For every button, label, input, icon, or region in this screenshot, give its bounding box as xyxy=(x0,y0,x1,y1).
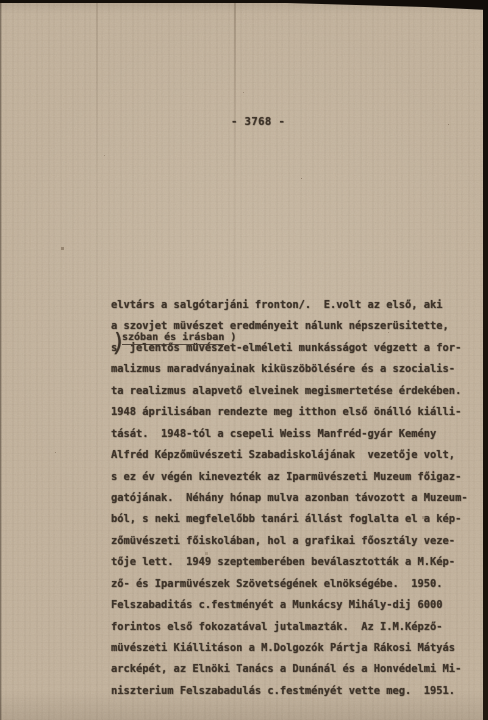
scan-edge-left xyxy=(0,0,2,720)
insertion-underlined-text: szóban és irásban xyxy=(122,332,224,345)
text-line: tője lett. 1949 szeptemberében beválaszt… xyxy=(111,552,481,573)
scan-crease xyxy=(96,0,98,720)
text-line: malizmus maradványainak kiküszöbölésére … xyxy=(111,359,481,380)
page-number: - 3768 - xyxy=(231,116,285,128)
text-line: Felszabaditás c.festményét a Munkácsy Mi… xyxy=(111,595,481,616)
text-line: zőmüvészeti főiskolában, hol a grafikai … xyxy=(111,531,481,552)
text-line: ző- és Iparmüvészek Szövetségének elnöks… xyxy=(111,574,481,595)
text-line: niszterium Felszabadulás c.festményét ve… xyxy=(111,681,481,702)
text-line: forintos első fokozatával jutalmazták. A… xyxy=(111,617,481,638)
scan-edge-top-right-wedge xyxy=(278,0,488,10)
scanned-document-page: - 3768 - elvtárs a salgótarjáni fronton/… xyxy=(0,0,488,720)
text-line: tását. 1948-tól a csepeli Weiss Manfréd-… xyxy=(111,424,481,445)
text-line: ta realizmus alapvető elveinek megismert… xyxy=(111,381,481,402)
text-line: 1948 áprilisában rendezte meg itthon els… xyxy=(111,402,481,423)
text-line: Alfréd Képzőmüvészeti Szabadiskolájának … xyxy=(111,445,481,466)
insertion-caret-bracket: ) xyxy=(110,329,127,356)
text-line: arcképét, az Elnöki Tanács a Dunánál és … xyxy=(111,659,481,680)
text-line: gatójának. Néhány hónap mulva azonban tá… xyxy=(111,488,481,509)
text-line: müvészeti Kiállitáson a M.Dolgozók Pártj… xyxy=(111,638,481,659)
scan-edge-right xyxy=(483,0,488,720)
text-line: elvtárs a salgótarjáni fronton/. E.volt … xyxy=(111,295,481,316)
insertion-close-mark: ) xyxy=(224,332,236,343)
text-line: s ez év végén kinevezték az Iparmüvészet… xyxy=(111,467,481,488)
typewritten-text-block: elvtárs a salgótarjáni fronton/. E.volt … xyxy=(111,295,481,702)
handwritten-interline-insertion: szóban és irásban ) xyxy=(122,332,236,343)
text-line: ból, s neki megfelelőbb tanári állást fo… xyxy=(111,509,481,530)
